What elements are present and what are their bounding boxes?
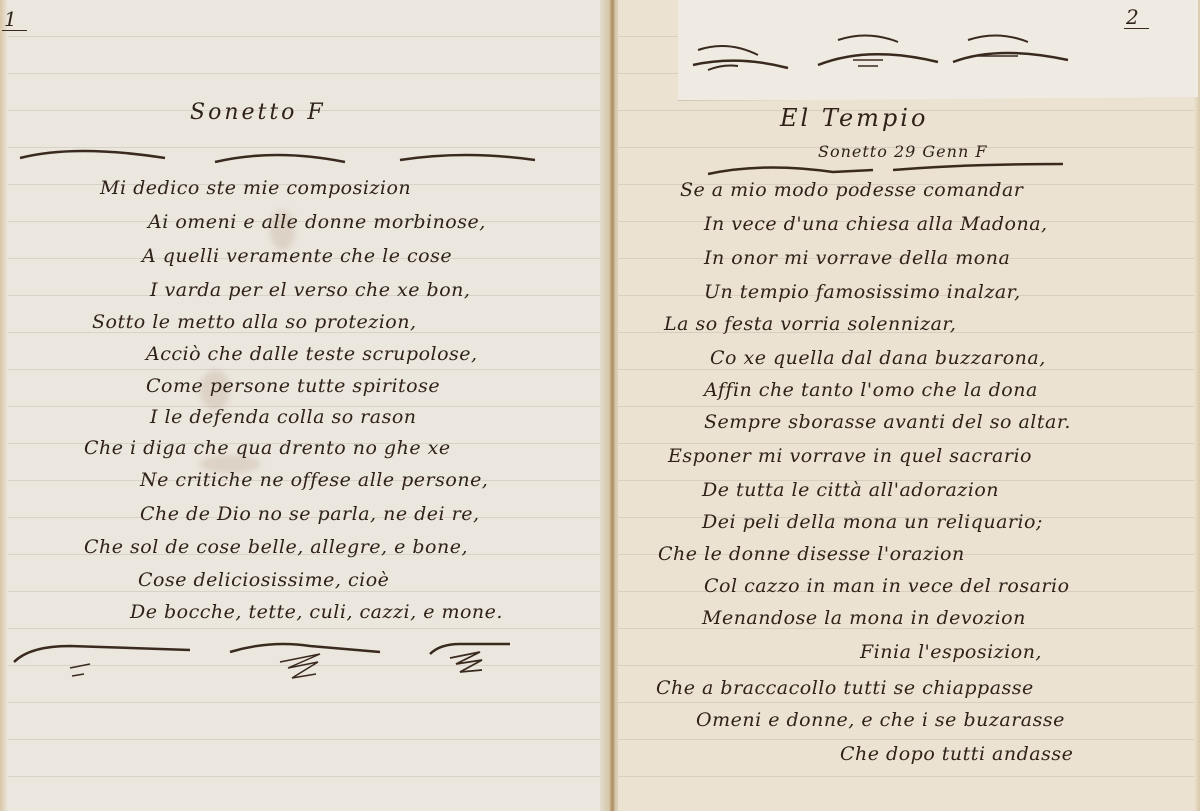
verse-line: Esponer mi vorrave in quel sacrario	[668, 444, 1032, 468]
page-number: 2	[1124, 6, 1149, 29]
verse-line: Come persone tutte spiritose	[146, 374, 440, 398]
verse-line: Cose deliciosissime, cioè	[138, 568, 389, 592]
verse-line: A quelli veramente che le cose	[142, 244, 452, 268]
verse-line: Co xe quella dal dana buzzarona,	[710, 346, 1046, 370]
verse-line: Sempre sborasse avanti del so altar.	[704, 410, 1071, 434]
end-flourish	[10, 640, 590, 700]
verse-line: Affin che tanto l'omo che la dona	[704, 378, 1038, 402]
verse-line: I le defenda colla so rason	[150, 405, 417, 429]
page-number: 1	[2, 8, 27, 31]
verse-line: Se a mio modo podesse comandar	[680, 178, 1023, 202]
verse-line: Mi dedico ste mie composizion	[100, 176, 411, 200]
verse-line: Dei peli della mona un reliquario;	[702, 510, 1043, 534]
page-edge	[0, 0, 8, 811]
verse-line: In vece d'una chiesa alla Madona,	[704, 212, 1048, 236]
verse-line: Finia l'esposizion,	[860, 640, 1042, 664]
verse-line: Che le donne disesse l'orazion	[658, 542, 965, 566]
poem-title: El Tempio	[780, 104, 928, 132]
verse-line: Un tempio famosissimo inalzar,	[704, 280, 1021, 304]
verse-line: De tutta le città all'adorazion	[702, 478, 999, 502]
verse-line: De bocche, tette, culi, cazzi, e mone.	[130, 600, 503, 624]
verse-line: Che a braccacollo tutti se chiappasse	[656, 676, 1034, 700]
verse-line: Che dopo tutti andasse	[840, 742, 1073, 766]
verse-line: Sotto le metto alla so protezion,	[92, 310, 417, 334]
right-page: 2 El Tempio Sonetto 29 Genn F Se a mio m…	[618, 0, 1200, 811]
verse-line: Che sol de cose belle, allegre, e bone,	[84, 535, 468, 559]
verse-line: Ai omeni e alle donne morbinose,	[148, 210, 486, 234]
subtitle-flourish	[703, 160, 1103, 180]
poem-subtitle: Sonetto 29 Genn F	[818, 142, 987, 161]
verse-line: Acciò che dalle teste scrupolose,	[146, 342, 478, 366]
header-flourish	[688, 20, 1128, 80]
verse-line: La so festa vorria solennizar,	[664, 312, 956, 336]
verse-line: Ne critiche ne offese alle persone,	[140, 468, 488, 492]
verse-line: Col cazzo in man in vece del rosario	[704, 574, 1070, 598]
verse-line: I varda per el verso che xe bon,	[150, 278, 470, 302]
title-flourish	[15, 140, 575, 170]
verse-line: Che i diga che qua drento no ghe xe	[84, 436, 451, 460]
left-page: 1 Sonetto F Mi dedico ste mie composizio…	[0, 0, 605, 811]
verse-line: Omeni e donne, e che i se buzarasse	[696, 708, 1065, 732]
verse-line: In onor mi vorrave della mona	[704, 246, 1010, 270]
poem-title: Sonetto F	[190, 100, 326, 125]
verse-line: Che de Dio no se parla, ne dei re,	[140, 502, 480, 526]
verse-line: Menandose la mona in devozion	[702, 606, 1026, 630]
page-edge	[1194, 0, 1200, 811]
